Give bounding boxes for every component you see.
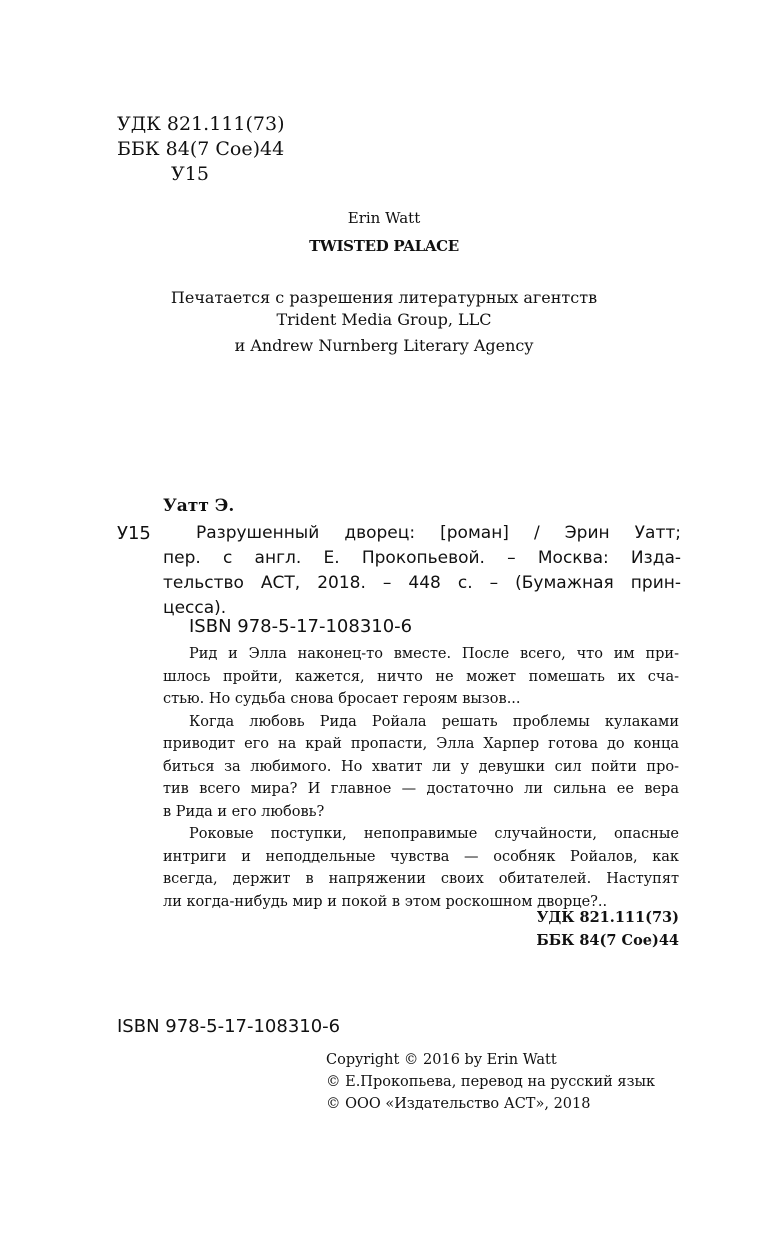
annotation-line: биться за любимого. Но хватит ли у девуш… [163, 756, 679, 779]
annotation-line: шлось пройти, кажется, ничто не может по… [163, 666, 679, 689]
bibliographic-author-heading: Уатт Э. [163, 496, 234, 516]
classification-top: УДК 821.111(73) ББК 84(7 Сое)44 У15 [117, 112, 285, 187]
annotation-line: Роковые поступки, непоправимые случайнос… [163, 823, 679, 846]
description-line: тельство АСТ, 2018. – 448 с. – (Бумажная… [163, 571, 681, 596]
annotation-line: всегда, держит в напряжении своих обитат… [163, 868, 679, 891]
annotation-line: Рид и Элла наконец-то вместе. После всег… [163, 643, 679, 666]
original-title: TWISTED PALACE [0, 237, 768, 255]
copyright-line: © ООО «Издательство АСТ», 2018 [326, 1093, 655, 1115]
isbn: ISBN 978-5-17-108310-6 [117, 1016, 340, 1037]
udk-code: УДК 821.111(73) [536, 906, 679, 929]
bbk-code: ББК 84(7 Сое)44 [536, 929, 679, 952]
annotation: Рид и Элла наконец-то вместе. После всег… [163, 643, 679, 913]
rights-line: Печатается с разрешения литературных аге… [0, 287, 768, 309]
bibliographic-description: Разрушенный дворец: [роман] / Эрин Уатт;… [163, 521, 681, 621]
description-line: пер. с англ. Е. Прокопьевой. – Москва: И… [163, 546, 681, 571]
description-line: Разрушенный дворец: [роман] / Эрин Уатт; [163, 521, 681, 546]
bibliographic-isbn: ISBN 978-5-17-108310-6 [189, 616, 412, 637]
classification-bottom: УДК 821.111(73) ББК 84(7 Сое)44 [536, 906, 679, 952]
copyright-line: Copyright © 2016 by Erin Watt [326, 1049, 655, 1071]
annotation-line: в Рида и его любовь? [163, 801, 679, 824]
annotation-line: тив всего мира? И главное — достаточно л… [163, 778, 679, 801]
annotation-line: приводит его на край пропасти, Элла Харп… [163, 733, 679, 756]
author-sign: У15 [117, 162, 285, 187]
bibliographic-author-sign: У15 [117, 523, 151, 544]
annotation-line: стью. Но судьба снова бросает героям выз… [163, 688, 679, 711]
original-author: Erin Watt [0, 209, 768, 227]
annotation-line: интриги и неподдельные чувства — особняк… [163, 846, 679, 869]
udk-code: УДК 821.111(73) [117, 112, 285, 137]
rights-notice: Печатается с разрешения литературных аге… [0, 287, 768, 357]
bbk-code: ББК 84(7 Сое)44 [117, 137, 285, 162]
rights-line: и Andrew Nurnberg Literary Agency [0, 335, 768, 357]
rights-line: Trident Media Group, LLC [0, 309, 768, 331]
annotation-line: Когда любовь Рида Ройала решать проблемы… [163, 711, 679, 734]
copyright-line: © Е.Прокопьева, перевод на русский язык [326, 1071, 655, 1093]
copyright-block: Copyright © 2016 by Erin Watt © Е.Прокоп… [326, 1049, 655, 1115]
